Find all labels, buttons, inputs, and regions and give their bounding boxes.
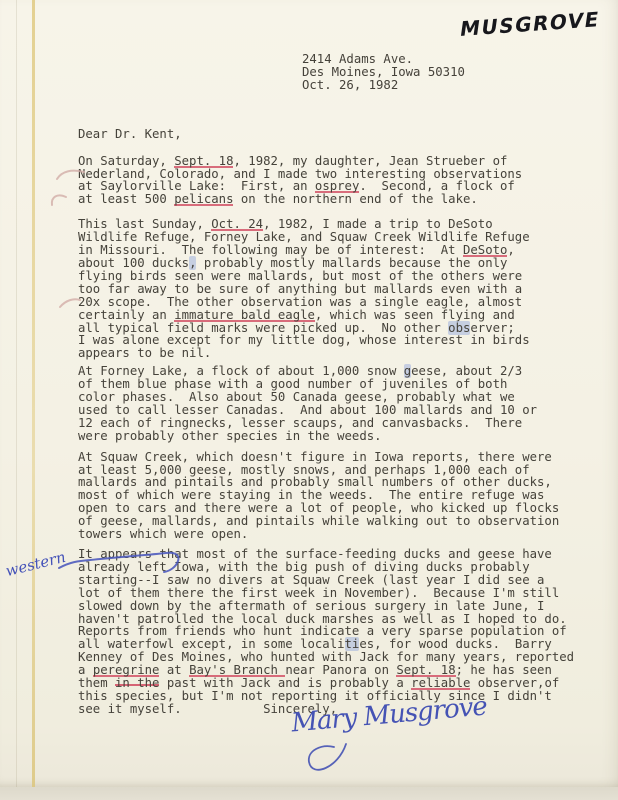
address-line-city: Des Moines, Iowa 50310 [302,66,584,79]
letter-body: 2414 Adams Ave. Des Moines, Iowa 50310 O… [0,0,618,716]
paragraph-4: At Squaw Creek, which doesn't figure in … [78,451,584,541]
paper-sheet: MUSGROVE 2414 Adams Ave. Des Moines, Iow… [0,0,618,787]
scanned-letter-page: MUSGROVE 2414 Adams Ave. Des Moines, Iow… [0,0,618,800]
paragraph-1: On Saturday, Sept. 18, 1982, my daughter… [78,155,584,207]
paragraph-3: At Forney Lake, a flock of about 1,000 s… [78,365,584,442]
signature-flourish [309,744,346,770]
paragraph-2: This last Sunday, Oct. 24, 1982, I made … [78,218,584,360]
paragraph-5: It appears that most of the surface-feed… [78,548,584,716]
greeting: Dear Dr. Kent, [78,128,584,141]
sender-address-block: 2414 Adams Ave. Des Moines, Iowa 50310 O… [302,53,584,92]
address-line-street: 2414 Adams Ave. [302,53,584,66]
date-line: Oct. 26, 1982 [302,79,584,92]
scan-background-edge [0,787,618,800]
